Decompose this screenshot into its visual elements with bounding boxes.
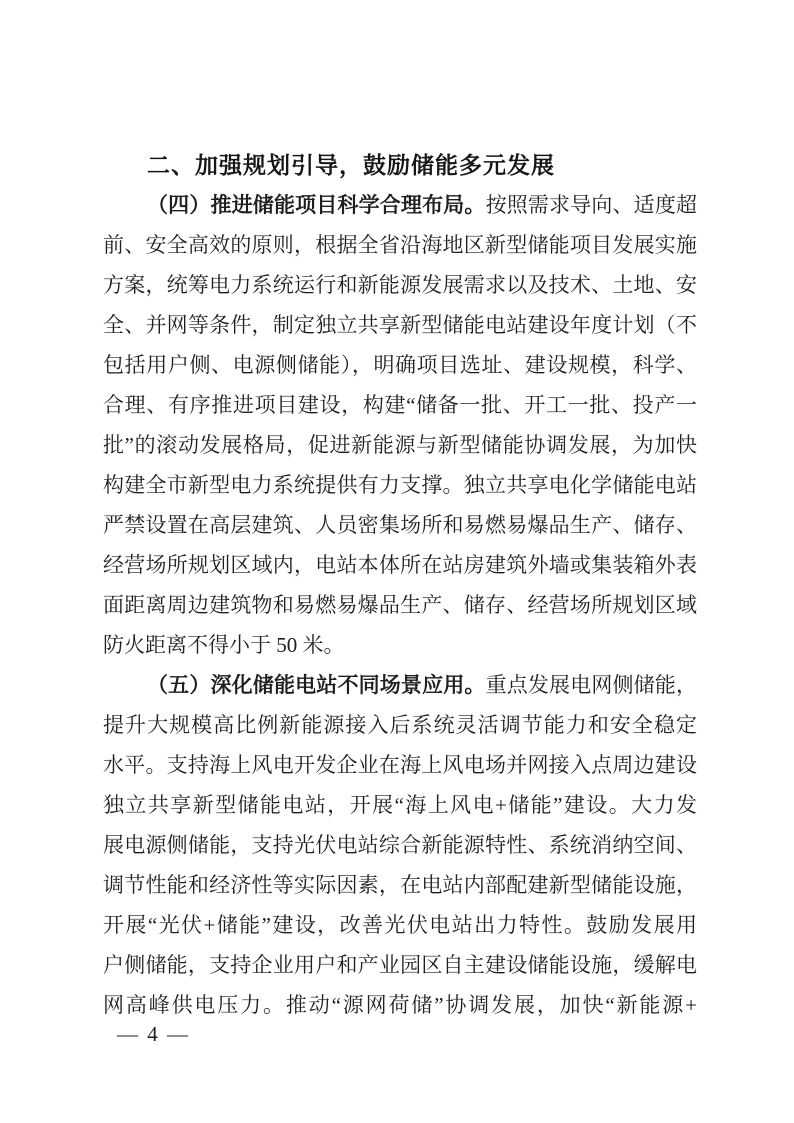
text-line: 户侧储能，支持企业用户和产业园区自主建设储能设施，缓解电 — [103, 945, 697, 985]
text-line: 防火距离不得小于 50 米。 — [103, 625, 697, 665]
text-line: 开展“光伏+储能”建设，改善光伏电站出力特性。鼓励发展用 — [103, 905, 697, 945]
text-line: 独立共享新型储能电站，开展“海上风电+储能”建设。大力发 — [103, 785, 697, 825]
section-heading: 二、加强规划引导，鼓励储能多元发展 — [103, 145, 697, 185]
text-line: 面距离周边建筑物和易燃易爆品生产、储存、经营场所规划区域 — [103, 585, 697, 625]
text-line: （四）推进储能项目科学合理布局。按照需求导向、适度超 — [103, 185, 697, 225]
document-page: 二、加强规划引导，鼓励储能多元发展 （四）推进储能项目科学合理布局。按照需求导向… — [0, 0, 794, 1123]
paragraph-4: （四）推进储能项目科学合理布局。按照需求导向、适度超 前、安全高效的原则，根据全… — [103, 185, 697, 665]
paragraph-5-lead: （五）深化储能电站不同场景应用。 — [147, 673, 486, 697]
text-line: 严禁设置在高层建筑、人员密集场所和易燃易爆品生产、储存、 — [103, 505, 697, 545]
text-line: 合理、有序推进项目建设，构建“储备一批、开工一批、投产一 — [103, 385, 697, 425]
text-line: 展电源侧储能，支持光伏电站综合新能源特性、系统消纳空间、 — [103, 825, 697, 865]
page-number: — 4 — — [117, 1018, 190, 1050]
paragraph-4-line1-rest: 按照需求导向、适度超 — [486, 193, 697, 217]
paragraph-5: （五）深化储能电站不同场景应用。重点发展电网侧储能， 提升大规模高比例新能源接入… — [103, 665, 697, 1025]
text-line: 网高峰供电压力。推动“源网荷储”协调发展，加快“新能源+ — [103, 985, 697, 1025]
text-line: 全、并网等条件，制定独立共享新型储能电站建设年度计划（不 — [103, 305, 697, 345]
text-line: 方案，统筹电力系统运行和新能源发展需求以及技术、土地、安 — [103, 265, 697, 305]
text-line: 调节性能和经济性等实际因素，在电站内部配建新型储能设施， — [103, 865, 697, 905]
text-line: （五）深化储能电站不同场景应用。重点发展电网侧储能， — [103, 665, 697, 705]
text-line: 经营场所规划区域内，电站本体所在站房建筑外墙或集装箱外表 — [103, 545, 697, 585]
document-body: 二、加强规划引导，鼓励储能多元发展 （四）推进储能项目科学合理布局。按照需求导向… — [103, 145, 697, 1025]
text-line: 前、安全高效的原则，根据全省沿海地区新型储能项目发展实施 — [103, 225, 697, 265]
text-line: 提升大规模高比例新能源接入后系统灵活调节能力和安全稳定 — [103, 705, 697, 745]
paragraph-4-lead: （四）推进储能项目科学合理布局。 — [147, 193, 486, 217]
text-line: 水平。支持海上风电开发企业在海上风电场并网接入点周边建设 — [103, 745, 697, 785]
paragraph-5-line1-rest: 重点发展电网侧储能， — [486, 673, 697, 697]
text-line: 构建全市新型电力系统提供有力支撑。独立共享电化学储能电站 — [103, 465, 697, 505]
text-line: 包括用户侧、电源侧储能），明确项目选址、建设规模，科学、 — [103, 345, 697, 385]
text-line: 批”的滚动发展格局，促进新能源与新型储能协调发展，为加快 — [103, 425, 697, 465]
